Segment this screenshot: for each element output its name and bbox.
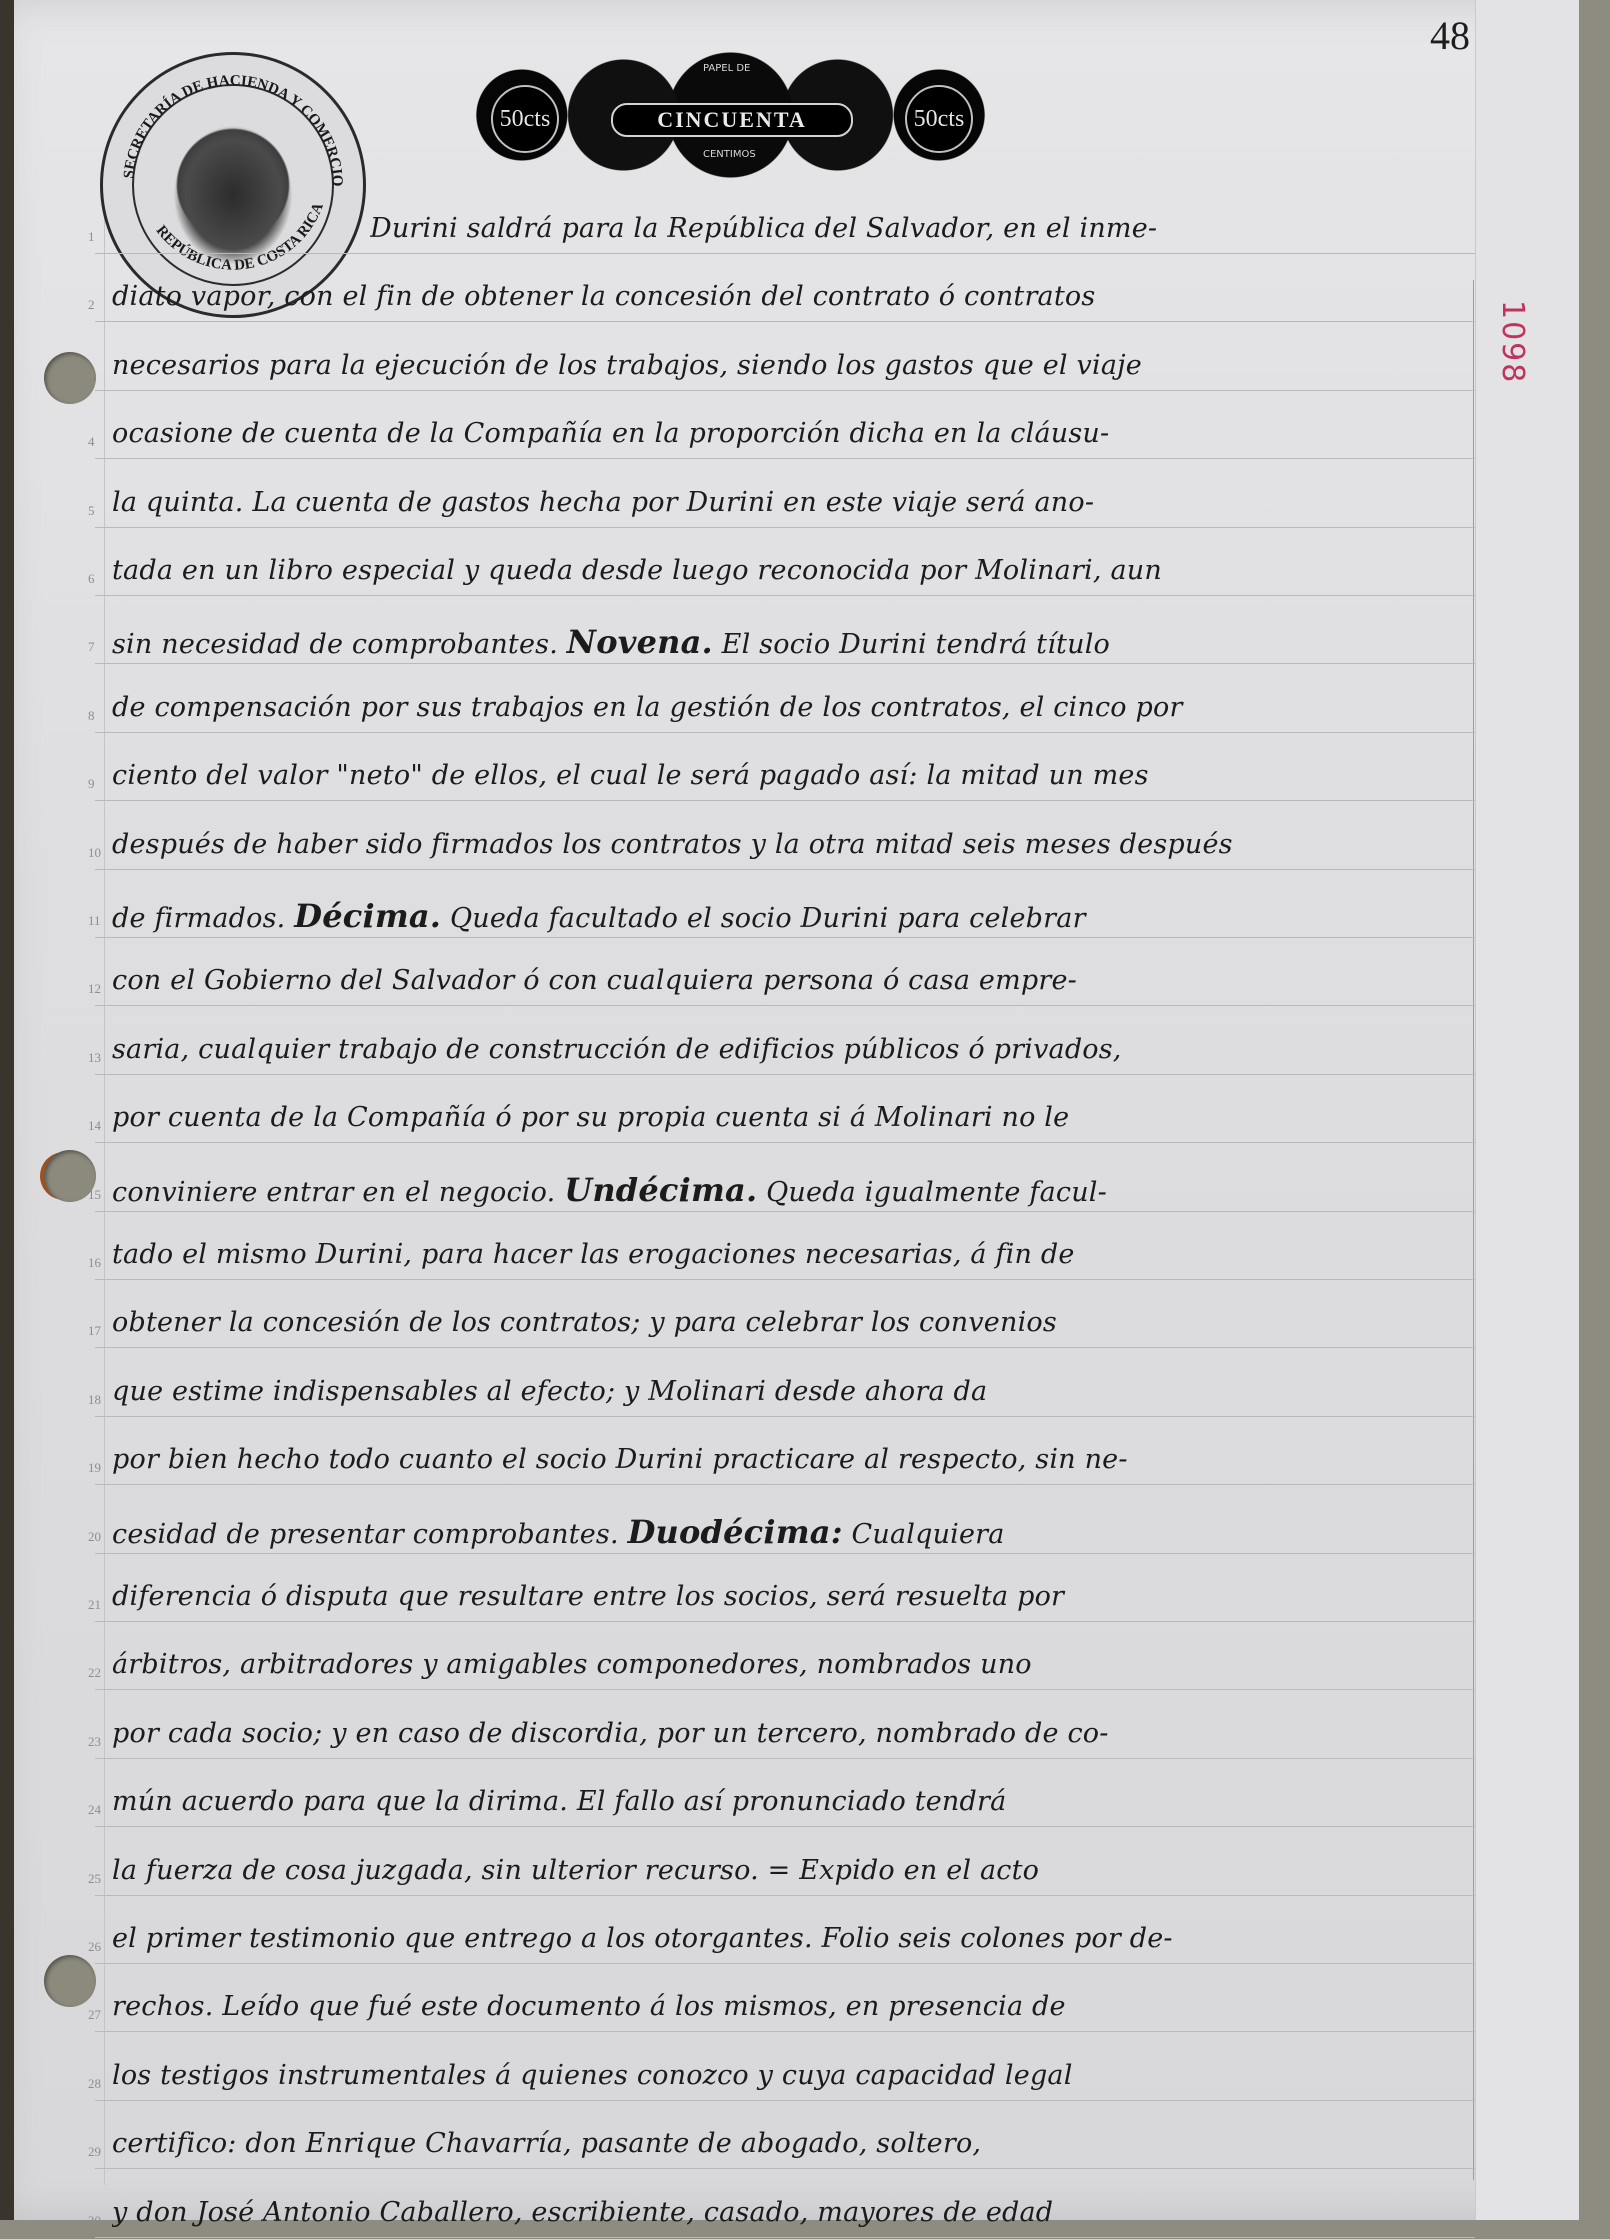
line-number: 10 [88, 845, 101, 861]
ruled-line [95, 1142, 1475, 1143]
line-number: 1 [88, 229, 95, 245]
clause-heading: Undécima. [564, 1171, 757, 1209]
line-number: 3 [88, 366, 95, 382]
ruled-line [95, 1005, 1475, 1006]
ruled-line [95, 1553, 1475, 1554]
ruled-line [95, 253, 1475, 254]
line-number: 29 [88, 2144, 101, 2160]
line-text: saria, cualquier trabajo de construcción… [112, 1034, 1122, 1065]
handwritten-line: mún acuerdo para que la dirima. El fallo… [112, 1786, 1472, 1817]
line-text: Durini saldrá para la República del Salv… [370, 213, 1157, 244]
handwritten-line: sin necesidad de comprobantes. Novena. E… [112, 623, 1472, 661]
line-number: 15 [88, 1187, 101, 1203]
line-text: diferencia ó disputa que resultare entre… [112, 1581, 1064, 1612]
punch-hole [44, 1955, 96, 2007]
handwritten-line: conviniere entrar en el negocio. Undécim… [112, 1171, 1472, 1209]
line-number: 26 [88, 1939, 101, 1955]
stamp-arc-bottom: CENTIMOS [703, 149, 756, 160]
ruled-line [95, 1758, 1475, 1759]
stamp-label: CINCUENTA [611, 103, 853, 137]
line-text: ciento del valor "neto" de ellos, el cua… [112, 760, 1149, 791]
line-text: y don José Antonio Caballero, escribient… [112, 2197, 1053, 2228]
handwritten-line: el primer testimonio que entrego a los o… [112, 1923, 1472, 1954]
handwritten-line: certifico: don Enrique Chavarría, pasant… [112, 2128, 1472, 2159]
handwritten-line: diato vapor, con el fin de obtener la co… [112, 281, 1472, 312]
ruled-line [95, 937, 1475, 938]
line-number: 16 [88, 1255, 101, 1271]
line-number: 6 [88, 571, 95, 587]
line-number: 2 [88, 297, 95, 313]
line-text: certifico: don Enrique Chavarría, pasant… [112, 2128, 981, 2159]
ruled-line [95, 1347, 1475, 1348]
ruled-line [95, 2031, 1475, 2032]
handwritten-line: rechos. Leído que fué este documento á l… [112, 1991, 1472, 2022]
line-text: los testigos instrumentales á quienes co… [112, 2060, 1073, 2091]
ruled-line [95, 1416, 1475, 1417]
handwritten-line: necesarios para la ejecución de los trab… [112, 350, 1472, 381]
line-text-continued: Cualquiera [843, 1519, 1005, 1550]
ruled-line [95, 1211, 1475, 1212]
handwritten-line: árbitros, arbitradores y amigables compo… [112, 1649, 1472, 1680]
clause-heading: Décima. [294, 897, 441, 935]
line-text: de compensación por sus trabajos en la g… [112, 692, 1183, 723]
line-text-continued: Queda facultado el socio Durini para cel… [441, 903, 1086, 934]
line-text: mún acuerdo para que la dirima. El fallo… [112, 1786, 1006, 1817]
line-text: la fuerza de cosa juzgada, sin ulterior … [112, 1855, 1039, 1886]
line-number: 13 [88, 1050, 101, 1066]
ruled-line [95, 800, 1475, 801]
line-text: de firmados. [112, 903, 285, 934]
document-page: 48 1098 SECRETARÍA DE HACIENDA Y COMERCI… [0, 0, 1578, 2220]
ruled-line [95, 1074, 1475, 1075]
ruled-line [95, 321, 1475, 322]
handwritten-line: por cuenta de la Compañía ó por su propi… [112, 1102, 1472, 1133]
line-text: cesidad de presentar comprobantes. [112, 1519, 619, 1550]
line-number: 28 [88, 2076, 101, 2092]
ruled-line [95, 869, 1475, 870]
line-number: 23 [88, 1734, 101, 1750]
stamp-value-left: 50cts [491, 85, 559, 153]
handwritten-line: y don José Antonio Caballero, escribient… [112, 2197, 1472, 2228]
ruled-line [95, 732, 1475, 733]
handwritten-line: la fuerza de cosa juzgada, sin ulterior … [112, 1855, 1472, 1886]
ruled-line [95, 1826, 1475, 1827]
line-number: 27 [88, 2007, 101, 2023]
handwritten-line: diferencia ó disputa que resultare entre… [112, 1581, 1472, 1612]
handwritten-line: ocasione de cuenta de la Compañía en la … [112, 418, 1472, 449]
line-number: 19 [88, 1460, 101, 1476]
line-number: 30 [88, 2213, 101, 2229]
handwritten-line: cesidad de presentar comprobantes. Duodé… [112, 1513, 1472, 1551]
left-margin-rule [104, 215, 105, 2185]
handwritten-line: ciento del valor "neto" de ellos, el cua… [112, 760, 1472, 791]
ruled-line [95, 2237, 1475, 2238]
line-number: 7 [88, 639, 95, 655]
line-number: 9 [88, 776, 95, 792]
line-text: árbitros, arbitradores y amigables compo… [112, 1649, 1032, 1680]
line-number: 24 [88, 1802, 101, 1818]
line-text: conviniere entrar en el negocio. [112, 1177, 555, 1208]
line-text: con el Gobierno del Salvador ó con cualq… [112, 965, 1077, 996]
handwritten-line: después de haber sido firmados los contr… [112, 829, 1472, 860]
handwritten-line: de firmados. Décima. Queda facultado el … [112, 897, 1472, 935]
handwritten-line: obtener la concesión de los contratos; y… [112, 1307, 1472, 1338]
ruled-line [95, 1895, 1475, 1896]
line-text: la quinta. La cuenta de gastos hecha por… [112, 487, 1094, 518]
handwritten-line: que estime indispensables al efecto; y M… [112, 1376, 1472, 1407]
ruled-line [95, 595, 1475, 596]
line-text: por cuenta de la Compañía ó por su propi… [112, 1102, 1069, 1133]
line-text: después de haber sido firmados los contr… [112, 829, 1233, 860]
ruled-line [95, 390, 1475, 391]
handwritten-line: los testigos instrumentales á quienes co… [112, 2060, 1472, 2091]
ruled-line [95, 1963, 1475, 1964]
line-number: 25 [88, 1871, 101, 1887]
stamp-value-right: 50cts [905, 85, 973, 153]
line-text: que estime indispensables al efecto; y M… [112, 1376, 987, 1407]
clause-heading: Novena. [567, 623, 713, 661]
handwritten-line: Durini saldrá para la República del Salv… [370, 213, 1610, 244]
line-text: diato vapor, con el fin de obtener la co… [112, 281, 1095, 312]
line-text: por cada socio; y en caso de discordia, … [112, 1718, 1109, 1749]
line-text: necesarios para la ejecución de los trab… [112, 350, 1142, 381]
line-number: 14 [88, 1118, 101, 1134]
handwritten-line: por bien hecho todo cuanto el socio Duri… [112, 1444, 1472, 1475]
line-number: 21 [88, 1597, 101, 1613]
line-number: 20 [88, 1529, 101, 1545]
ruled-line [95, 1621, 1475, 1622]
handwritten-line: tada en un libro especial y queda desde … [112, 555, 1472, 586]
ruled-line [95, 527, 1475, 528]
line-text: rechos. Leído que fué este documento á l… [112, 1991, 1066, 2022]
handwritten-line: con el Gobierno del Salvador ó con cualq… [112, 965, 1472, 996]
ruled-line [95, 1484, 1475, 1485]
line-number: 8 [88, 708, 95, 724]
ruled-line [95, 663, 1475, 664]
line-text-continued: El socio Durini tendrá título [713, 629, 1110, 660]
folio-number: 48 [1430, 12, 1470, 59]
line-number: 12 [88, 981, 101, 997]
handwritten-line: saria, cualquier trabajo de construcción… [112, 1034, 1472, 1065]
line-number: 4 [88, 434, 95, 450]
line-number: 22 [88, 1665, 101, 1681]
official-seal-icon: SECRETARÍA DE HACIENDA Y COMERCIO REPÚBL… [100, 52, 366, 318]
ruled-line [95, 2168, 1475, 2169]
ruled-line [95, 2100, 1475, 2101]
handwritten-line: de compensación por sus trabajos en la g… [112, 692, 1472, 723]
ruled-line [95, 1279, 1475, 1280]
ruled-line [95, 1689, 1475, 1690]
line-number: 11 [88, 913, 101, 929]
archive-number-stamp: 1098 [1495, 300, 1530, 384]
line-text: tada en un libro especial y queda desde … [112, 555, 1162, 586]
line-text-continued: Queda igualmente facul- [757, 1177, 1107, 1208]
clause-heading: Duodécima: [628, 1513, 843, 1551]
line-text: ocasione de cuenta de la Compañía en la … [112, 418, 1109, 449]
handwritten-line: tado el mismo Durini, para hacer las ero… [112, 1239, 1472, 1270]
line-text: sin necesidad de comprobantes. [112, 629, 558, 660]
line-text: tado el mismo Durini, para hacer las ero… [112, 1239, 1075, 1270]
line-text: por bien hecho todo cuanto el socio Duri… [112, 1444, 1128, 1475]
line-number: 17 [88, 1323, 101, 1339]
line-text: obtener la concesión de los contratos; y… [112, 1307, 1057, 1338]
revenue-stamp: 50cts PAPEL DE CINCUENTA CENTIMOS 50cts [463, 45, 998, 185]
handwritten-line: la quinta. La cuenta de gastos hecha por… [112, 487, 1472, 518]
line-number: 18 [88, 1392, 101, 1408]
line-number: 5 [88, 503, 95, 519]
stamp-arc-top: PAPEL DE [703, 63, 750, 74]
coat-of-arms-icon [173, 125, 293, 265]
line-text: el primer testimonio que entrego a los o… [112, 1923, 1173, 1954]
handwritten-line: por cada socio; y en caso de discordia, … [112, 1718, 1472, 1749]
ruled-line [95, 458, 1475, 459]
